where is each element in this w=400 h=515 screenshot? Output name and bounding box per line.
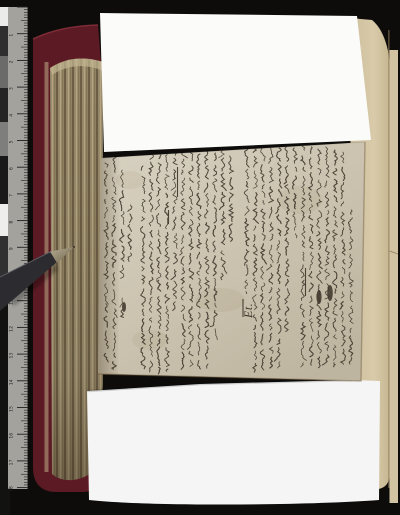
ruler-number: 12 [9,326,15,332]
ruler-number: 7 [9,194,15,197]
photo-stage: 123456789101112131415161718 Et. [0,0,400,515]
stain [116,171,144,189]
ruler-number: 6 [9,167,15,170]
ink-blob [327,285,333,301]
ruler-number: 1 [9,34,15,37]
page-edge-line [388,30,389,488]
ruler-number: 13 [9,353,15,359]
ruler-number: 17 [9,459,15,465]
ruler-number: 2 [9,60,15,63]
pointer-tool-tip-point [73,246,75,248]
ruler-number: 3 [9,87,15,90]
book: Et. [33,13,398,505]
stain [278,186,322,214]
stain [195,288,245,312]
et-ligature: Et. [241,303,255,319]
ruler-number: 4 [9,114,15,117]
underlay-page-outer-band [390,50,399,503]
ruler-number: 5 [9,140,15,143]
ruler-number: 16 [9,433,15,439]
white-backing-sheet-bottom [87,380,380,505]
ink-blob [122,302,126,312]
manuscript-photo: 123456789101112131415161718 Et. [0,0,400,515]
gutter-shadow [98,157,121,375]
ink-blob [316,290,321,304]
white-backing-sheet-top [100,13,371,152]
ruler-number: 9 [9,247,15,250]
ruler: 123456789101112131415161718 [8,7,28,492]
ruler-number: 18 [9,486,15,492]
ruler-number: 14 [9,379,15,385]
ruler-number: 15 [9,406,15,412]
ruler-number: 8 [9,221,15,224]
